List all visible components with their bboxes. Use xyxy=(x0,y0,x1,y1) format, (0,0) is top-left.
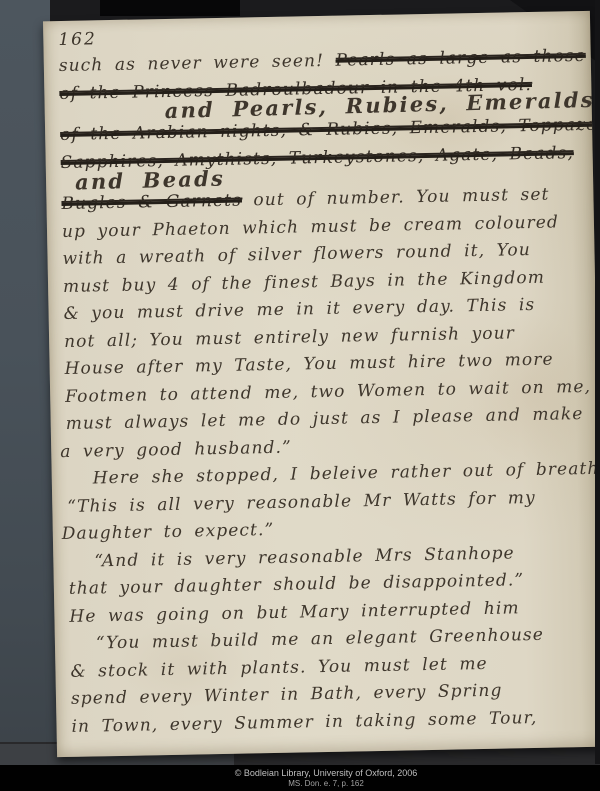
handwriting-text: and Beads xyxy=(75,166,226,195)
surround-top-notch xyxy=(100,0,240,16)
handwriting-text: must buy 4 of the finest Bays in the Kin… xyxy=(63,267,545,296)
copyright-caption: © Bodleian Library, University of Oxford… xyxy=(0,765,600,791)
struck-text: Pearls as large as those xyxy=(335,46,586,71)
handwriting-text: House after my Taste, You must hire two … xyxy=(64,350,553,379)
handwriting-text: Here she stopped, I beleive rather out o… xyxy=(93,459,600,489)
handwriting-text: Daughter to expect.” xyxy=(62,520,275,544)
surround-right-strip xyxy=(595,0,600,764)
handwriting-text: “And it is very reasonable Mrs Stanhope xyxy=(94,543,515,571)
handwriting-text: & stock it with plants. You must let me xyxy=(70,653,488,681)
handwriting-text: in Town, every Summer in taking some Tou… xyxy=(71,707,537,736)
handwriting-text: & you must drive me in it every day. Thi… xyxy=(63,295,535,324)
handwriting-text: spend every Winter in Bath, every Spring xyxy=(71,681,503,709)
manuscript-page-inner: 162 such as never were seen! Pearls as l… xyxy=(43,11,600,757)
handwriting-text: not all; You must entirely new furnish y… xyxy=(64,323,515,352)
photo-frame: 162 such as never were seen! Pearls as l… xyxy=(0,0,600,791)
manuscript-text: such as never were seen! Pearls as large… xyxy=(59,43,596,741)
handwriting-text: that your daughter should be disappointe… xyxy=(69,570,525,599)
handwriting-text: “This is all very reasonable Mr Watts fo… xyxy=(67,487,536,516)
handwriting-text: with a wreath of silver flowers round it… xyxy=(62,240,531,269)
handwriting-text: He was going on but Mary interrupted him xyxy=(69,598,520,627)
handwriting-text: “You must build me an elegant Greenhouse xyxy=(96,625,544,654)
handwriting-text: a very good husband.” xyxy=(60,437,292,461)
manuscript-page: 162 such as never were seen! Pearls as l… xyxy=(43,11,600,757)
copyright-line: © Bodleian Library, University of Oxford… xyxy=(0,768,600,779)
handwriting-text: must always let me do just as I please a… xyxy=(66,404,584,434)
handwriting-text: such as never were seen! xyxy=(59,51,336,76)
shelfmark-line: MS. Don. e. 7, p. 162 xyxy=(0,779,600,789)
handwriting-text: out of number. You must set xyxy=(242,185,550,211)
